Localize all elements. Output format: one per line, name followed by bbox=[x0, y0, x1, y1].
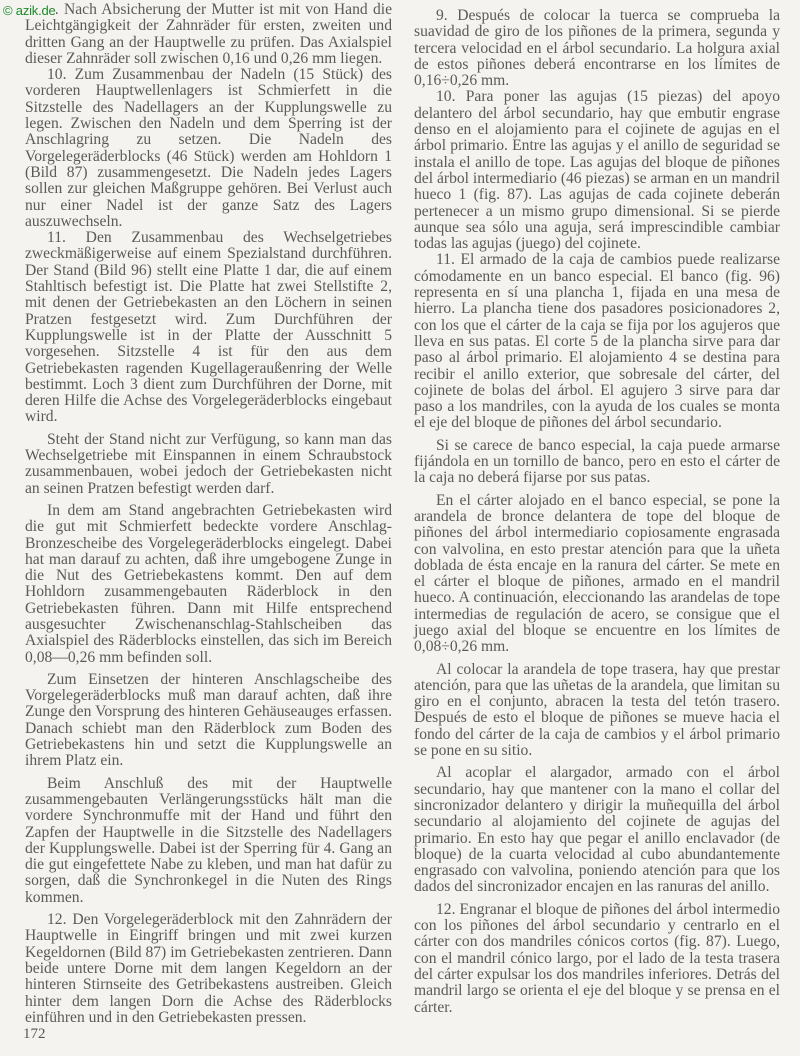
paragraph: Al acoplar el alargador, armado con el á… bbox=[414, 765, 780, 895]
paragraph: Zum Einsetzen der hinteren Anschlagschei… bbox=[25, 672, 392, 770]
paragraph: Si se carece de banco especial, la caja … bbox=[414, 438, 780, 487]
paragraph: 10. Para poner las agujas (15 piezas) de… bbox=[414, 89, 780, 252]
paragraph: 12. Den Vorgelegeräderblock mit den Zahn… bbox=[25, 912, 392, 1026]
left-column-german: 9. Nach Absicherung der Mutter ist mit v… bbox=[25, 2, 392, 1026]
page-number: 172 bbox=[23, 1026, 46, 1043]
paragraph: In dem am Stand angebrachten Getriebekas… bbox=[25, 503, 392, 666]
paragraph: 11. El armado de la caja de cambios pued… bbox=[414, 252, 780, 431]
paragraph: 12. Engranar el bloque de piñones del ár… bbox=[414, 902, 780, 1016]
paragraph: 9. Después de colocar la tuerca se compr… bbox=[414, 8, 780, 89]
right-column-spanish: 9. Después de colocar la tuerca se compr… bbox=[414, 8, 780, 1016]
paragraph: Al colocar la arandela de tope trasera, … bbox=[414, 662, 780, 760]
watermark: © azik.de bbox=[3, 3, 56, 18]
paragraph: En el cárter alojado en el banco especia… bbox=[414, 493, 780, 656]
paragraph: Beim Anschluß des mit der Hauptwelle zus… bbox=[25, 776, 392, 906]
paragraph: Steht der Stand nicht zur Verfügung, so … bbox=[25, 432, 392, 497]
paragraph: 9. Nach Absicherung der Mutter ist mit v… bbox=[25, 2, 392, 67]
paragraph: 11. Den Zusammenbau des Wechselgetriebes… bbox=[25, 230, 392, 426]
paragraph: 10. Zum Zusammenbau der Nadeln (15 Stück… bbox=[25, 67, 392, 230]
